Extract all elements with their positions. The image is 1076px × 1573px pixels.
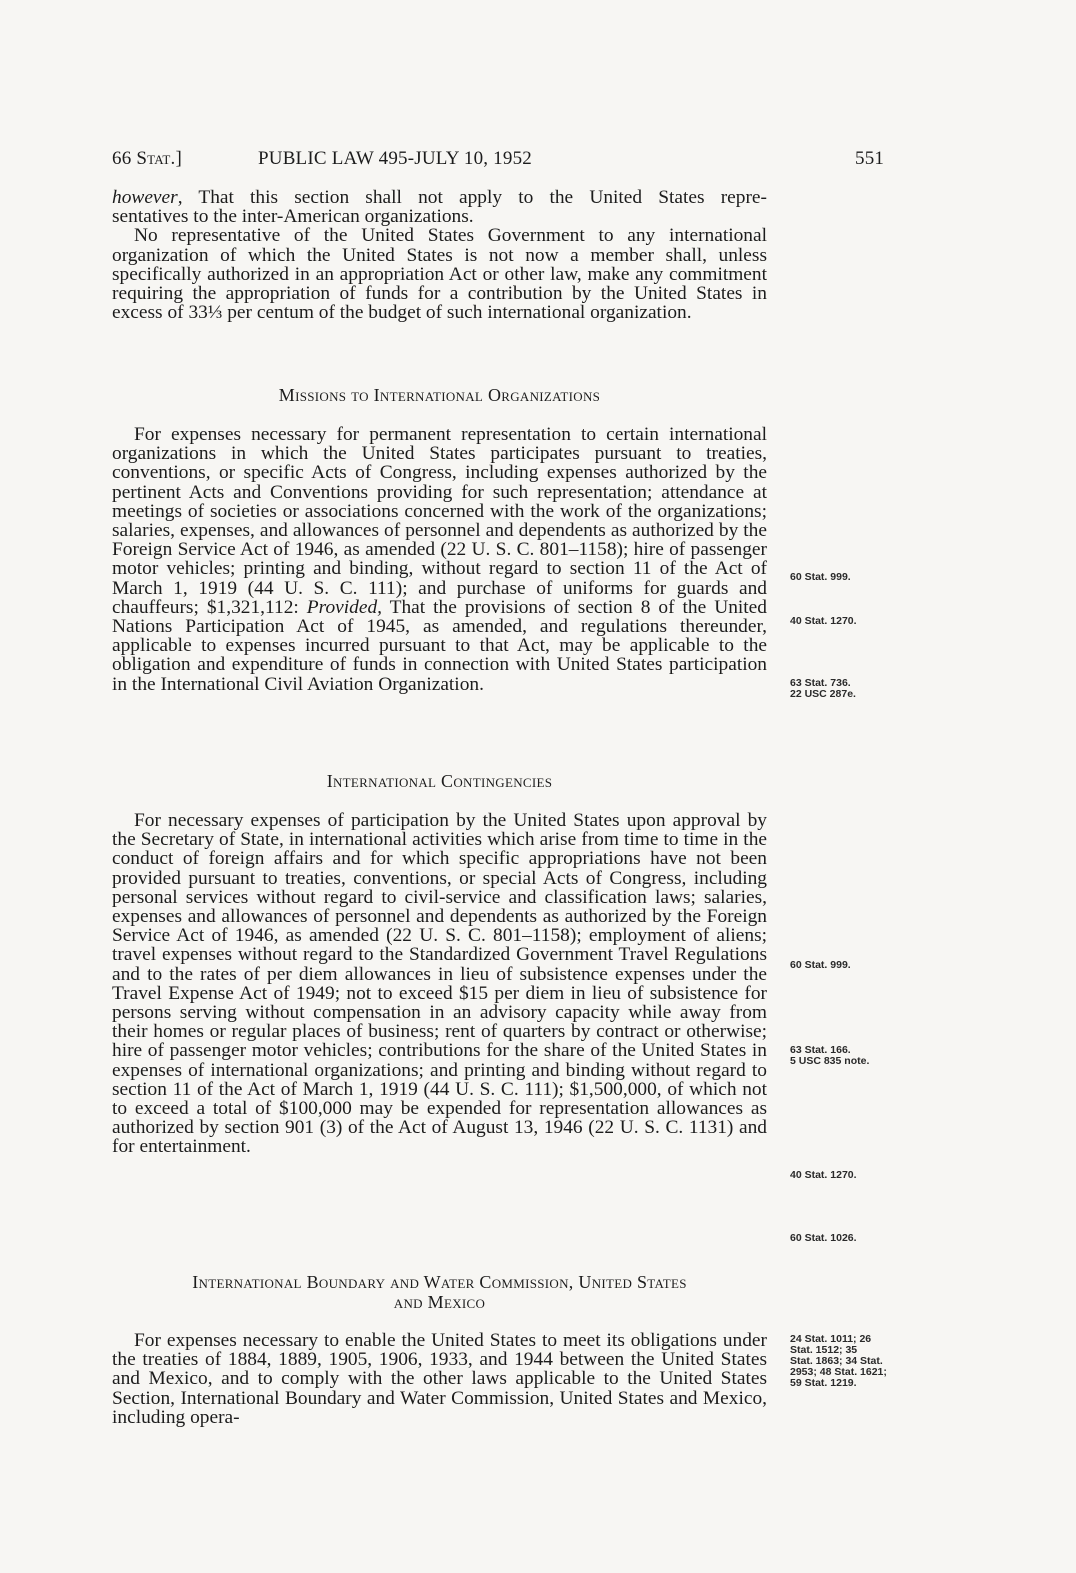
volume-reference: 66 Stat.] <box>112 148 182 170</box>
heading-missions: Missions to International Organizations <box>112 386 767 405</box>
missions-section: For expenses necessary for permanent rep… <box>112 425 767 694</box>
margin-note-citation: 24 Stat. 1011; 26 Stat. 1512; 35 Stat. 1… <box>790 1334 915 1389</box>
margin-note-citation: 40 Stat. 1270. <box>790 616 915 627</box>
intro-continuation: however, That this section shall not app… <box>112 188 767 226</box>
missions-proviso: Provided, <box>307 597 382 618</box>
missions-paragraph: For expenses necessary for permanent rep… <box>112 425 767 694</box>
margin-note-citation: 60 Stat. 999. <box>790 572 915 583</box>
page-number: 551 <box>855 148 884 170</box>
margin-note-line: 59 Stat. 1219. <box>790 1378 915 1389</box>
margin-note-citation: 60 Stat. 999. <box>790 960 915 971</box>
contingencies-section: For necessary expenses of participation … <box>112 811 767 1157</box>
margin-note-citation: 60 Stat. 1026. <box>790 1233 915 1244</box>
margin-note-line: 22 USC 287e. <box>790 689 915 700</box>
margin-note-line: 5 USC 835 note. <box>790 1056 915 1067</box>
heading-boundary-line-1: International Boundary and Water Commiss… <box>112 1272 767 1292</box>
intro-paragraph-2: No representative of the United States G… <box>112 226 767 322</box>
margin-note-citation: 40 Stat. 1270. <box>790 1170 915 1181</box>
missions-text-a: For expenses necessary for permanent rep… <box>112 424 767 618</box>
margin-note-citation: 63 Stat. 736. 22 USC 287e. <box>790 678 915 700</box>
intro-line-2: sentatives to the inter-American organiz… <box>112 207 767 226</box>
contingencies-paragraph: For necessary expenses of participation … <box>112 811 767 1157</box>
intro-section: however, That this section shall not app… <box>112 188 767 322</box>
heading-contingencies: International Contingencies <box>112 772 767 791</box>
heading-boundary-line-2: and Mexico <box>112 1292 767 1312</box>
law-title: PUBLIC LAW 495-JULY 10, 1952 <box>258 148 532 170</box>
intro-line-1: however, That this section shall not app… <box>112 188 767 207</box>
boundary-paragraph: For expenses necessary to enable the Uni… <box>112 1331 767 1427</box>
proviso-however: however <box>112 187 178 208</box>
boundary-section: For expenses necessary to enable the Uni… <box>112 1331 767 1427</box>
margin-note-citation: 63 Stat. 166. 5 USC 835 note. <box>790 1045 915 1067</box>
heading-boundary: International Boundary and Water Commiss… <box>112 1272 767 1312</box>
